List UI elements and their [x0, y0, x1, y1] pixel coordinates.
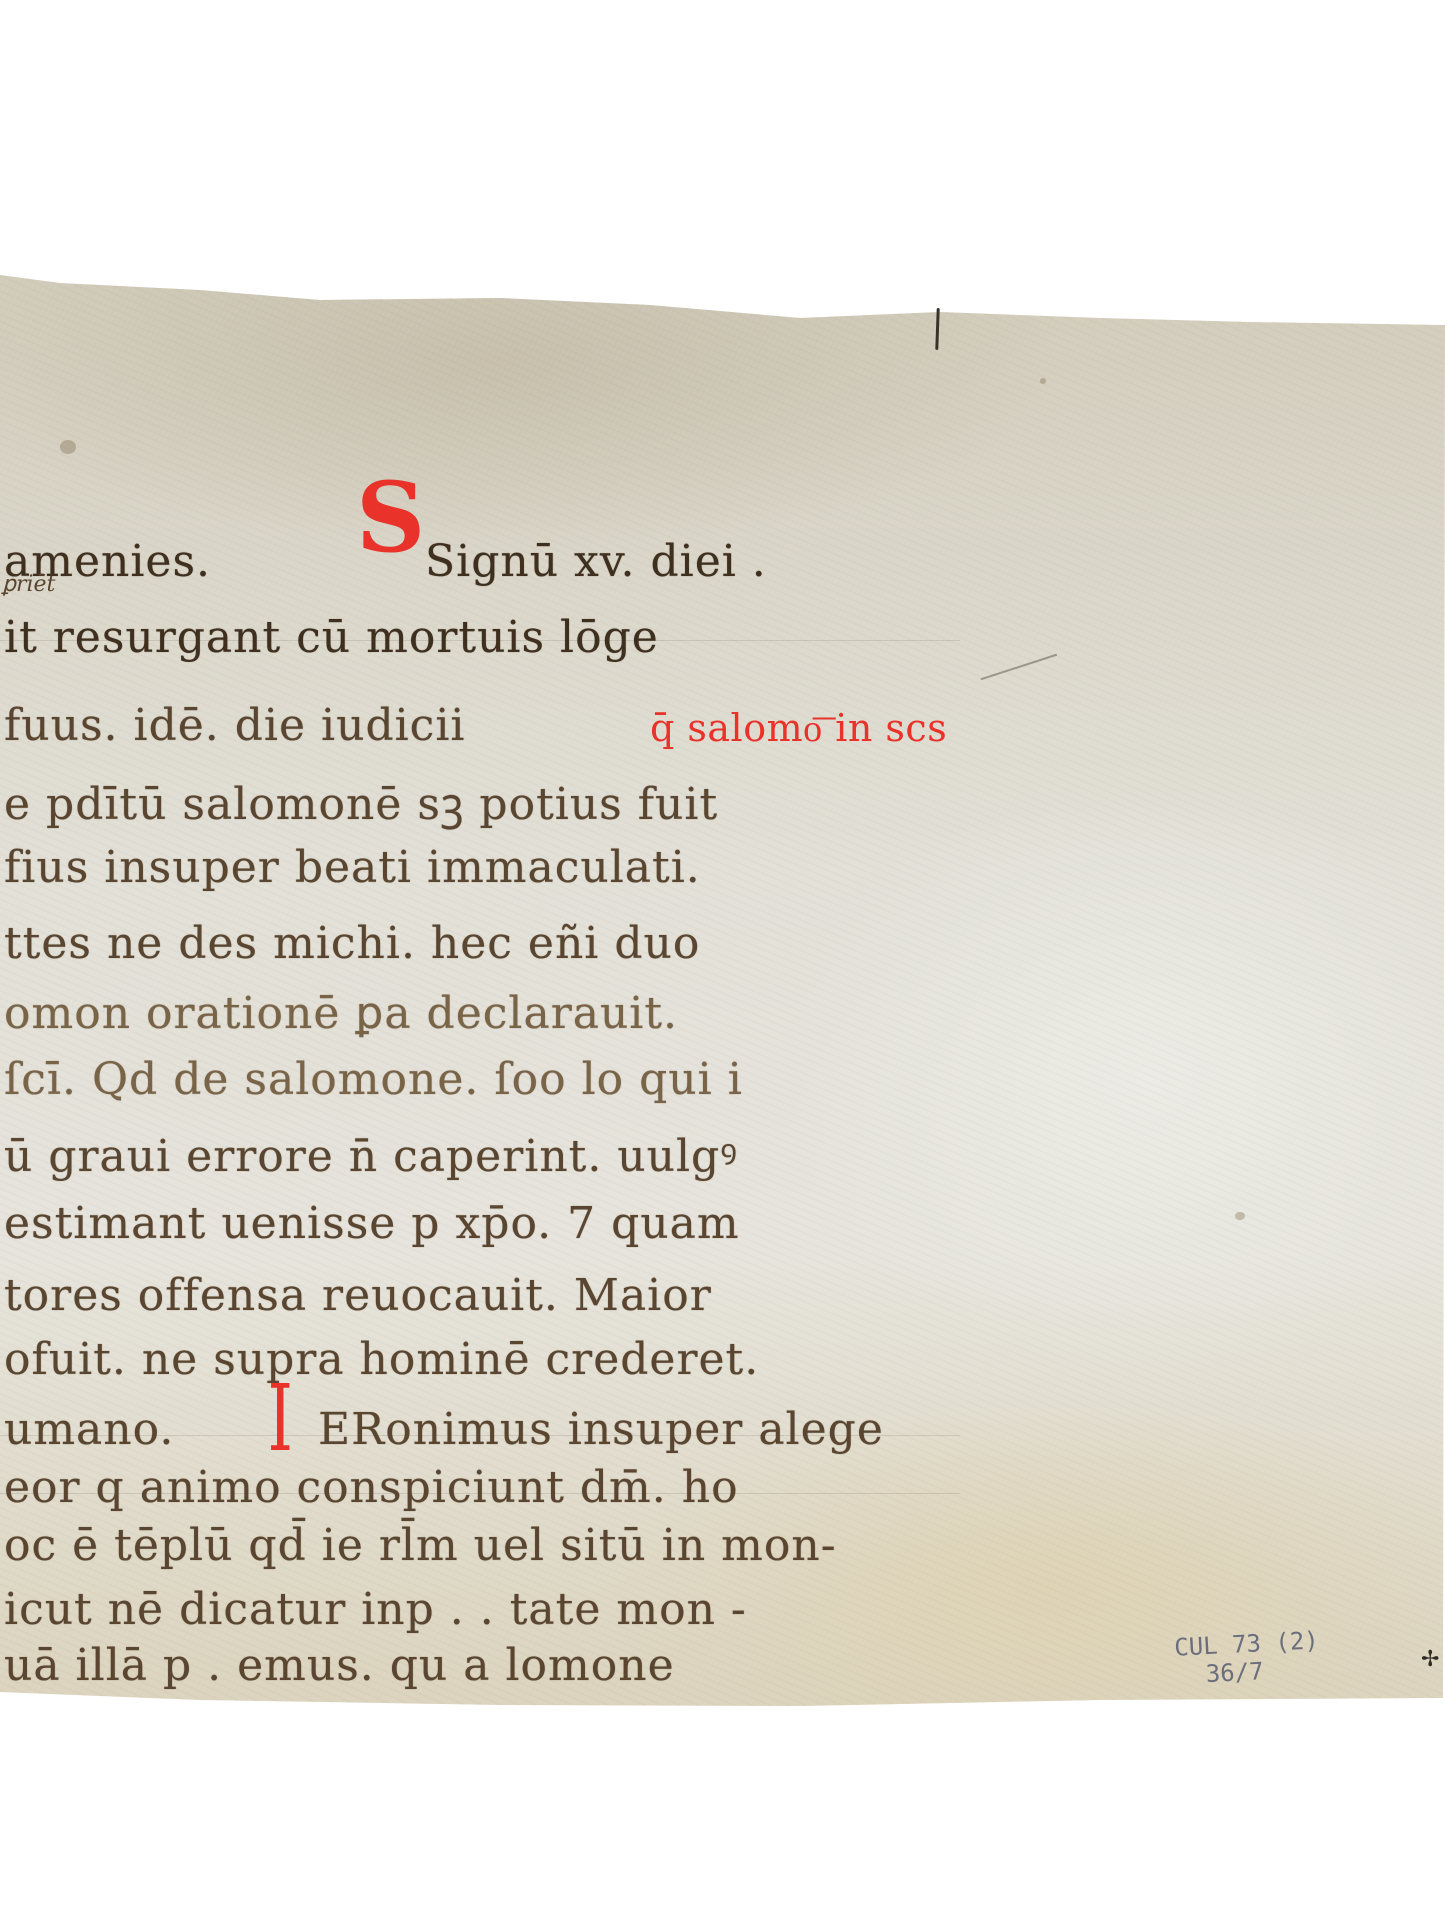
text-line-signum: Signū xv. diei . — [425, 536, 767, 587]
text-line: icut nē dicatur inp . . tate mon - — [4, 1584, 747, 1635]
rubric-initial-i: I — [267, 1373, 292, 1465]
text-line: fuus. idē. die iudicii — [4, 700, 465, 751]
text-line: fius insuper beati immaculati. — [4, 842, 701, 893]
text-line: Signū xv. diei . — [425, 536, 767, 587]
margin-note: ꝑriēt — [2, 572, 55, 597]
text-line: ū graui errore n̄ caperint. uulgꝰ — [4, 1124, 738, 1184]
text-line: omon orationē ꝑa declarauit. — [4, 988, 678, 1039]
text-line: ſcī. Qd de salomone. ſoo lo qui i — [4, 1054, 743, 1105]
text-line: estimant uenisse p xp̄o. 7 quam — [4, 1198, 740, 1249]
text-line: e pdītū salomonē sꝫ potius fuit — [4, 772, 718, 832]
rubric-initial-s: S — [356, 470, 425, 566]
text-line: ERonimus insuper alege — [318, 1404, 884, 1455]
manuscript-text-block: amenies. S Signū xv. diei . ꝑriēt it res… — [0, 0, 1000, 1927]
marginal-rubric: q̄ salomo͞ in scs — [650, 706, 947, 751]
text-line: umano. — [4, 1404, 174, 1455]
stain-spot — [1235, 1212, 1245, 1220]
text-line: eor q animo conspiciunt dm̄. ho — [4, 1462, 739, 1513]
text-line: it resurgant cū mortuis lōge — [4, 612, 659, 663]
text-line: ofuit. ne supra hominē crederet. — [4, 1334, 759, 1385]
text-line: ttes ne des michi. hec eñi duo — [4, 918, 700, 969]
text-line: uā illā p . emus. qu a lomone — [4, 1640, 675, 1691]
text-line: tores offensa reuocauit. Maior — [4, 1270, 712, 1321]
pencil-shelfmark: CUL 73 (2) 36/7 — [1174, 1626, 1321, 1689]
cross-mark-icon: ✢ — [1421, 1647, 1439, 1672]
stain-spot — [1040, 378, 1046, 384]
text-line: oc ē tēplū qd̄ ie rl̄m uel sitū in mon- — [4, 1520, 837, 1571]
